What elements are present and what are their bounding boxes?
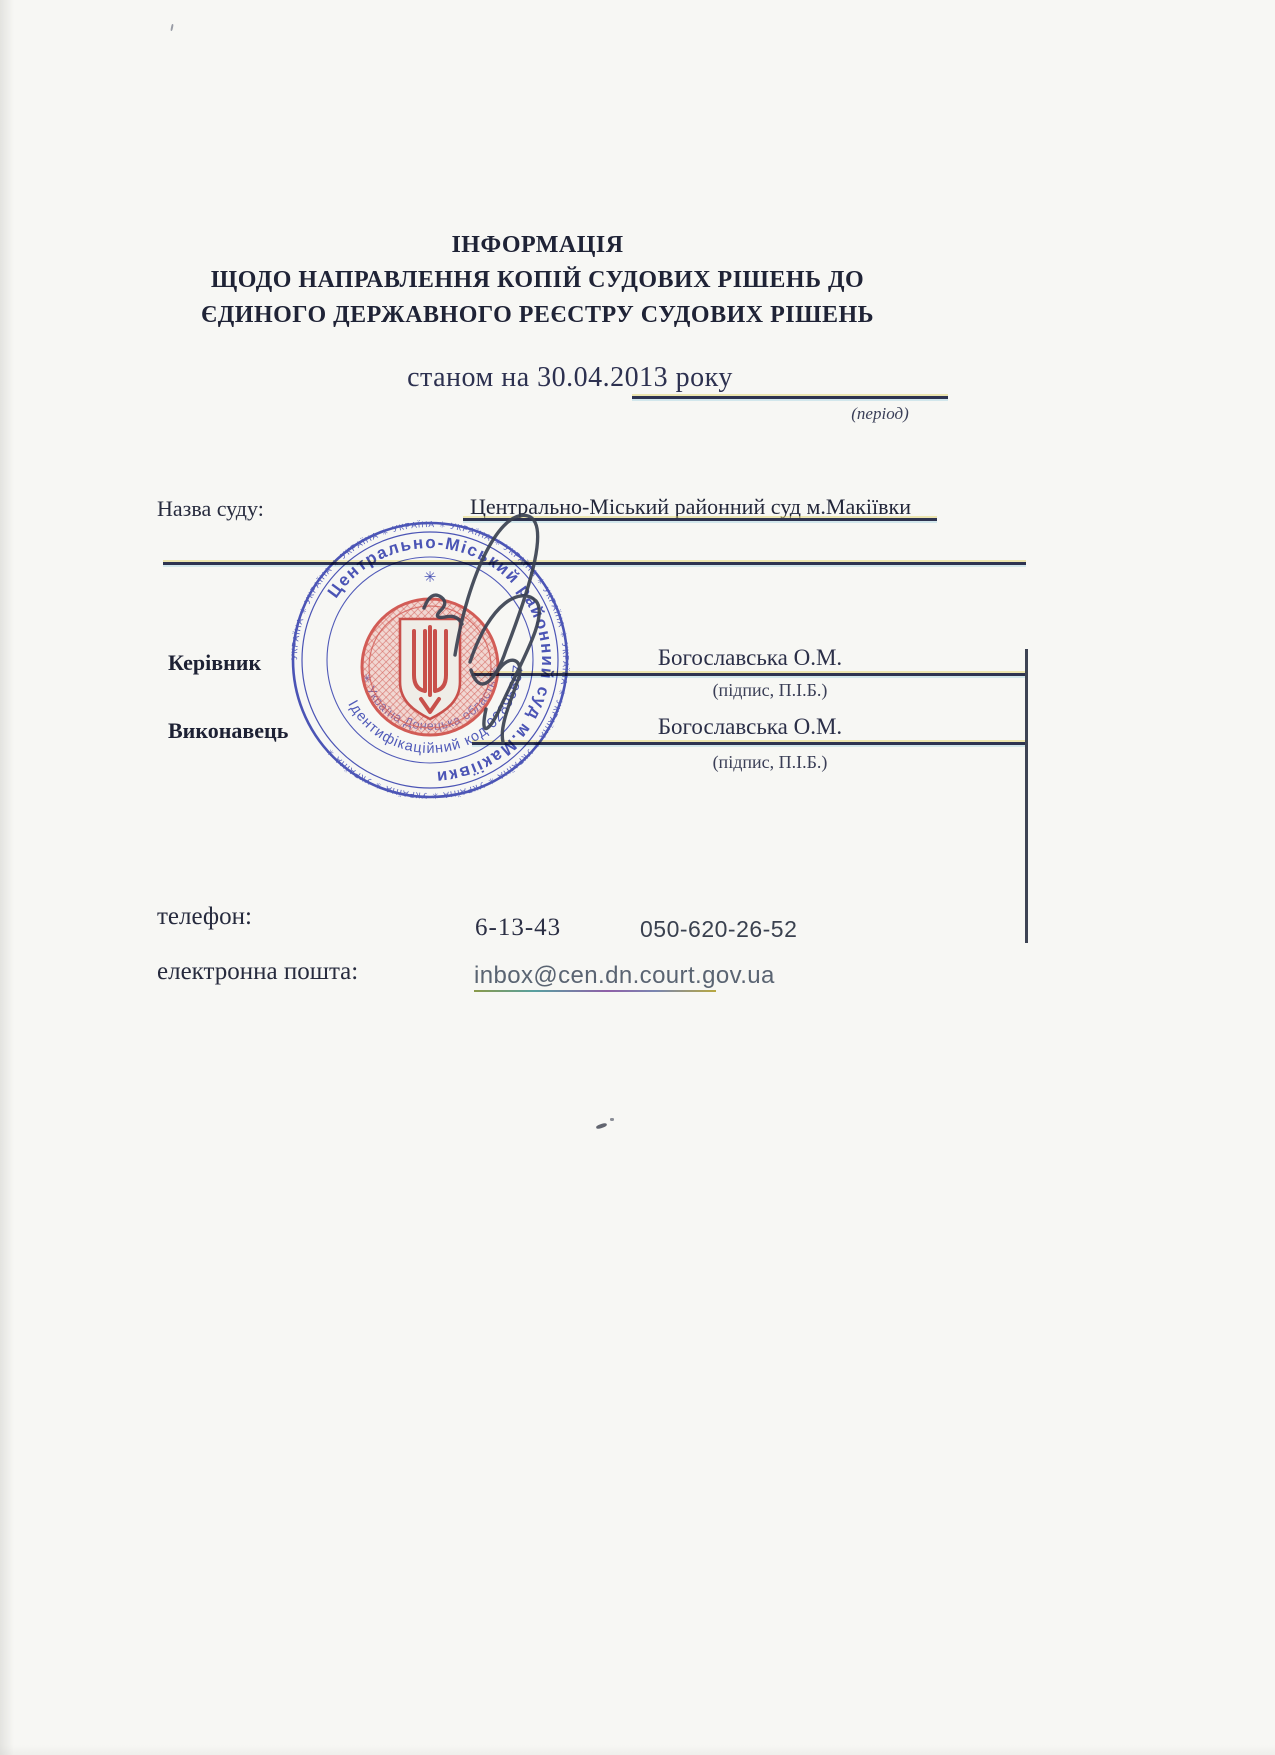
vykonavets-signature-caption: (підпис, П.І.Б.)	[580, 752, 960, 773]
date-underline	[632, 396, 948, 399]
role-vykonavets-label: Виконавець	[168, 718, 288, 744]
court-name-label: Назва суду:	[157, 496, 264, 522]
role-kerivnyk-label: Керівник	[168, 650, 261, 676]
report-date-line: станом на 30.04.2013 року	[190, 362, 950, 394]
email-underline	[474, 990, 716, 992]
kerivnyk-signature-caption: (підпис, П.І.Б.)	[580, 680, 960, 701]
kerivnyk-name: Богославська О.М.	[560, 645, 940, 671]
phone-number-1: 6-13-43	[475, 914, 561, 942]
title-line-1: ІНФОРМАЦІЯ	[120, 228, 955, 263]
scan-speck	[596, 1122, 608, 1129]
phone-number-2: 050-620-26-52	[640, 916, 797, 943]
period-note: (період)	[800, 404, 960, 424]
document-title: ІНФОРМАЦІЯ ЩОДО НАПРАВЛЕННЯ КОПІЙ СУДОВИ…	[120, 228, 955, 333]
kerivnyk-signature	[424, 515, 538, 684]
vykonavets-signature	[470, 596, 539, 742]
title-line-3: ЄДИНОГО ДЕРЖАВНОГО РЕЄСТРУ СУДОВИХ РІШЕН…	[120, 298, 955, 333]
scanned-document-page: ІНФОРМАЦІЯ ЩОДО НАПРАВЛЕННЯ КОПІЙ СУДОВИ…	[0, 0, 1275, 1755]
right-vertical-rule	[1025, 649, 1028, 943]
vykonavets-name: Богославська О.М.	[560, 714, 940, 740]
scan-speck	[610, 1118, 614, 1121]
handwritten-signatures	[400, 490, 600, 760]
scan-speck	[170, 24, 173, 31]
phone-label: телефон:	[157, 903, 252, 931]
email-label: електронна пошта:	[157, 958, 358, 986]
title-line-2: ЩОДО НАПРАВЛЕННЯ КОПІЙ СУДОВИХ РІШЕНЬ ДО	[120, 263, 955, 298]
email-value: inbox@cen.dn.court.gov.ua	[474, 962, 775, 990]
